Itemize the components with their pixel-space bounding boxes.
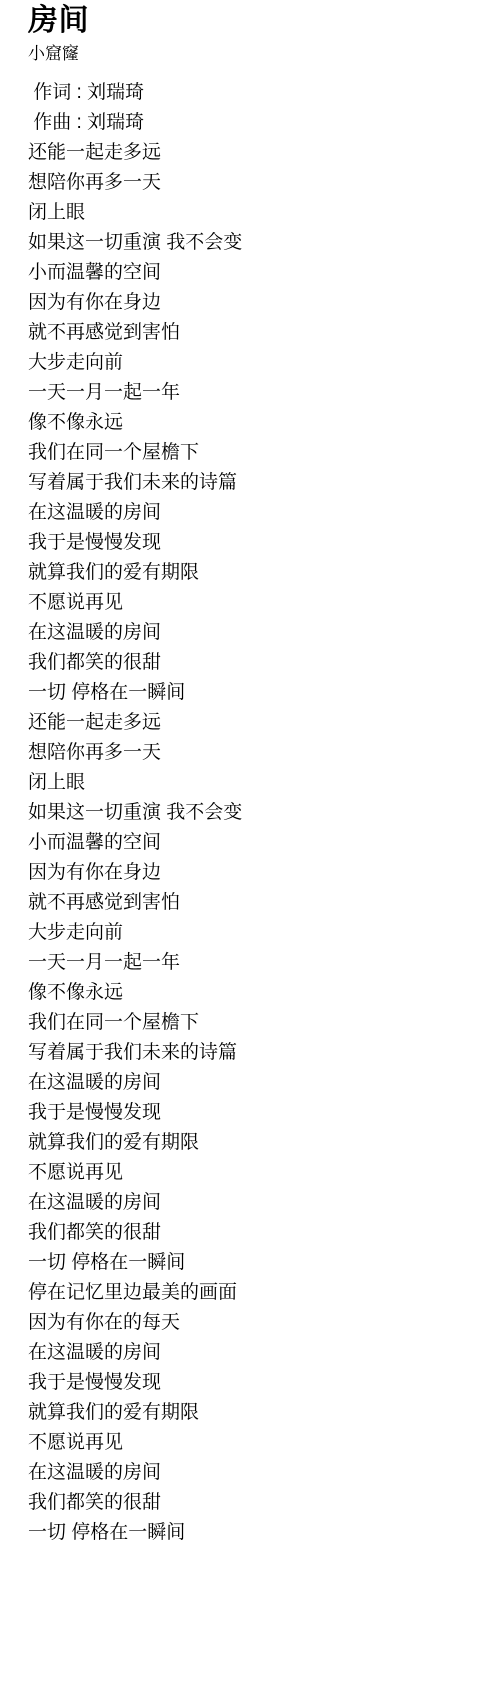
lyric-line: 就算我们的爱有期限 [28,1398,480,1428]
lyric-line: 我们都笑的很甜 [28,648,480,678]
lyric-line: 不愿说再见 [28,588,480,618]
lyric-line: 如果这一切重演 我不会变 [28,798,480,828]
lyric-line: 我们在同一个屋檐下 [28,1008,480,1038]
lyric-line: 就不再感觉到害怕 [28,318,480,348]
lyric-line: 一切 停格在一瞬间 [28,1248,480,1278]
lyric-line: 写着属于我们未来的诗篇 [28,1038,480,1068]
song-title: 房间 [28,4,480,38]
lyric-line: 小而温馨的空间 [28,828,480,858]
lyric-line: 小而温馨的空间 [28,258,480,288]
lyrics-page: 房间 小窟窿 作词 : 刘瑞琦 作曲 : 刘瑞琦还能一起走多远想陪你再多一天闭上… [0,0,500,1690]
lyric-line: 我们在同一个屋檐下 [28,438,480,468]
lyric-line: 我们都笑的很甜 [28,1488,480,1518]
lyrics-body: 作词 : 刘瑞琦 作曲 : 刘瑞琦还能一起走多远想陪你再多一天闭上眼如果这一切重… [28,78,480,1548]
lyric-line: 因为有你在的每天 [28,1308,480,1338]
lyric-line: 还能一起走多远 [28,708,480,738]
lyric-line: 在这温暖的房间 [28,1458,480,1488]
lyric-line: 不愿说再见 [28,1158,480,1188]
lyric-line: 如果这一切重演 我不会变 [28,228,480,258]
lyric-line: 作曲 : 刘瑞琦 [28,108,480,138]
lyric-line: 在这温暖的房间 [28,498,480,528]
lyric-line: 在这温暖的房间 [28,1338,480,1368]
lyric-line: 想陪你再多一天 [28,738,480,768]
lyric-line: 我于是慢慢发现 [28,1098,480,1128]
lyric-line: 闭上眼 [28,768,480,798]
lyric-line: 不愿说再见 [28,1428,480,1458]
lyric-line: 还能一起走多远 [28,138,480,168]
artist-name: 小窟窿 [28,43,480,64]
lyric-line: 大步走向前 [28,348,480,378]
lyric-line: 一切 停格在一瞬间 [28,678,480,708]
lyric-line: 像不像永远 [28,978,480,1008]
lyric-line: 写着属于我们未来的诗篇 [28,468,480,498]
lyric-line: 因为有你在身边 [28,858,480,888]
lyric-line: 闭上眼 [28,198,480,228]
lyric-line: 想陪你再多一天 [28,168,480,198]
lyric-line: 就不再感觉到害怕 [28,888,480,918]
lyric-line: 因为有你在身边 [28,288,480,318]
lyric-line: 在这温暖的房间 [28,618,480,648]
lyric-line: 就算我们的爱有期限 [28,1128,480,1158]
lyric-line: 一天一月一起一年 [28,948,480,978]
lyric-line: 一天一月一起一年 [28,378,480,408]
lyric-line: 停在记忆里边最美的画面 [28,1278,480,1308]
lyric-line: 在这温暖的房间 [28,1068,480,1098]
lyric-line: 我于是慢慢发现 [28,1368,480,1398]
lyric-line: 我们都笑的很甜 [28,1218,480,1248]
lyric-line: 就算我们的爱有期限 [28,558,480,588]
lyric-line: 作词 : 刘瑞琦 [28,78,480,108]
lyric-line: 在这温暖的房间 [28,1188,480,1218]
lyric-line: 我于是慢慢发现 [28,528,480,558]
lyric-line: 大步走向前 [28,918,480,948]
lyric-line: 像不像永远 [28,408,480,438]
lyric-line: 一切 停格在一瞬间 [28,1518,480,1548]
